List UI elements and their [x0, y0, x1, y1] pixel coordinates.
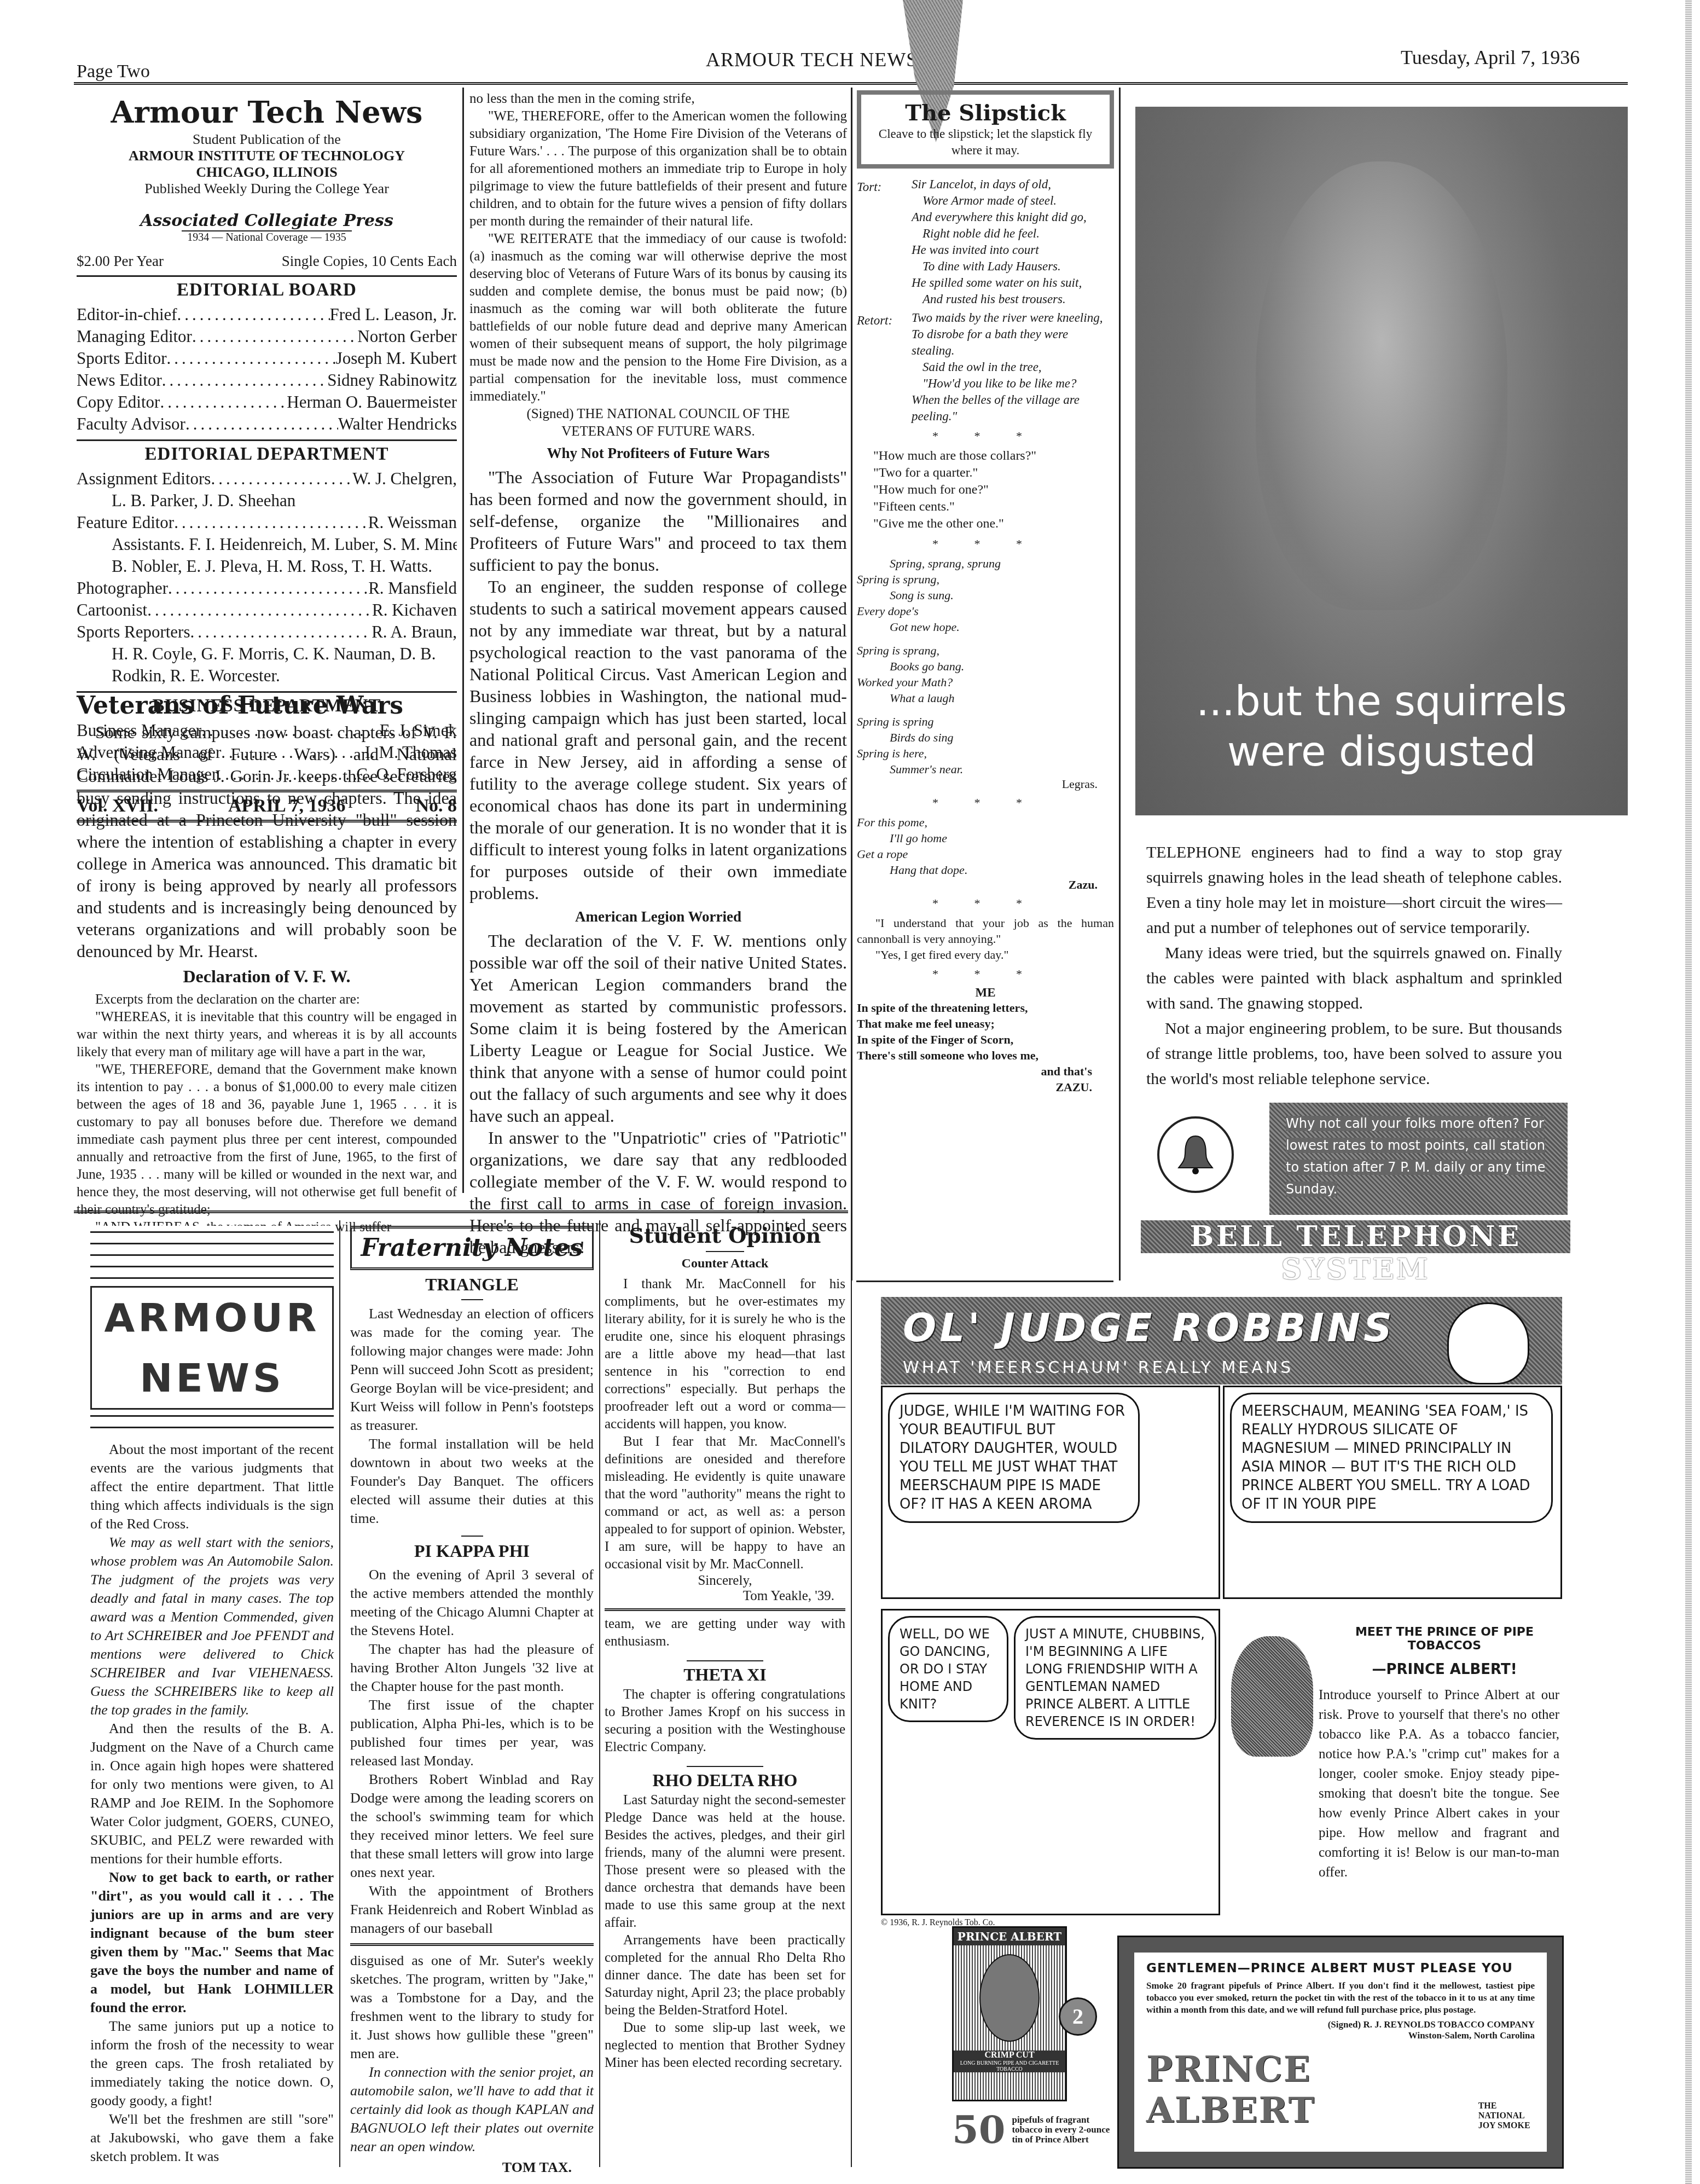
- page-label: Page Two: [77, 61, 150, 82]
- declaration-intro: Excerpts from the declaration on the cha…: [77, 991, 457, 1009]
- arch-continued: In connection with the senior projet, an…: [350, 2063, 594, 2156]
- pome-author: Zazu.: [857, 878, 1114, 892]
- me-poem-title: ME: [857, 986, 1114, 1000]
- triangle-heading: TRIANGLE: [350, 1275, 594, 1295]
- editorial-continued: no less than the men in the coming strif…: [469, 90, 847, 1258]
- subhead-profiteers: Why Not Profiteers of Future Wars: [469, 445, 847, 462]
- arch-paragraph: Now to get back to earth, or rather "dir…: [90, 1868, 334, 2017]
- editorial-board-list: Editor-in-chiefFred L. Leason, Jr. Manag…: [77, 304, 457, 435]
- spring-author: Legras.: [857, 777, 1114, 791]
- theta-xi-heading: THETA XI: [605, 1665, 845, 1685]
- comic-panel-1: JUDGE, WHILE I'M WAITING FOR YOUR BEAUTI…: [881, 1386, 1220, 1599]
- fraternity-paragraph: The chapter is offering congratulations …: [605, 1686, 845, 1756]
- editorial-paragraph: "The Association of Future War Propagand…: [469, 466, 847, 576]
- column-divider: [851, 88, 852, 1281]
- tagline: THE NATIONAL JOY SMOKE: [1478, 2101, 1535, 2131]
- declaration-paragraph: "WHEREAS, it is inevitable that this cou…: [77, 1009, 457, 1061]
- arch-paragraph: About the most important of the recent e…: [90, 1440, 334, 1533]
- bell-body-2: Many ideas were tried, but the squirrels…: [1146, 941, 1562, 1016]
- closing: Sincerely,: [605, 1573, 845, 1589]
- fraternity-paragraph: Due to some slip-up last week, we neglec…: [605, 2019, 845, 2072]
- armour-news-logo: ARMOUR NEWS: [90, 1226, 334, 1428]
- running-date: Tuesday, April 7, 1936: [1401, 46, 1580, 69]
- separator-stars: * * *: [857, 896, 1114, 911]
- subhead-legion: American Legion Worried: [469, 908, 847, 925]
- declaration-heading: Declaration of V. F. W.: [77, 966, 457, 987]
- bell-system-banner: BELL TELEPHONE SYSTEM: [1141, 1220, 1570, 1253]
- editorial-department-list: Assignment EditorsW. J. Chelgren, L. B. …: [77, 468, 457, 687]
- masthead-line4: Published Weekly During the College Year: [77, 181, 457, 197]
- editorial-paragraph: no less than the men in the coming strif…: [469, 90, 847, 108]
- price-single: Single Copies, 10 Cents Each: [282, 253, 457, 270]
- pi-kappa-phi-heading: PI KAPPA PHI: [350, 1541, 594, 1561]
- spring-poem: Spring, sprang, sprung Spring is sprung,…: [857, 555, 1114, 777]
- acp-title: Associated Collegiate Press: [77, 211, 457, 230]
- arch-paragraph: We'll bet the freshmen are still "sore" …: [90, 2110, 334, 2166]
- prince-albert-logo: PRINCE ALBERT: [1146, 2049, 1473, 2131]
- separator-stars: * * *: [857, 796, 1114, 810]
- bell-body-1: TELEPHONE engineers had to find a way to…: [1146, 840, 1562, 941]
- separator-stars: * * *: [857, 967, 1114, 981]
- cannonball-punchline: "Yes, I get fired every day.": [857, 947, 1114, 963]
- comic-panel-2: MEERSCHAUM, MEANING 'SEA FOAM,' IS REALL…: [1223, 1386, 1562, 1599]
- fraternity-paragraph: Last Wednesday an election of officers w…: [350, 1305, 594, 1435]
- price-per-year: $2.00 Per Year: [77, 253, 164, 270]
- fraternity-notes: Fraternity Notes TRIANGLE Last Wednesday…: [350, 1226, 594, 2176]
- running-paper-name: ARMOUR TECH NEWS: [706, 48, 918, 71]
- fraternity-paragraph: Last Saturday night the second-semester …: [605, 1792, 845, 1932]
- fraternity-title-box: Fraternity Notes: [350, 1226, 594, 1270]
- editorial-board-title: EDITORIAL BOARD: [77, 280, 457, 300]
- bell-body-3: Not a major engineering problem, to be s…: [1146, 1016, 1562, 1092]
- masthead-line3: CHICAGO, ILLINOIS: [77, 164, 457, 181]
- editorial-paragraph: The declaration of the V. F. W. mentions…: [469, 930, 847, 1127]
- fraternity-paragraph: Brothers Robert Winblad and Ray Dodge we…: [350, 1770, 594, 1882]
- acp-logo: Associated Collegiate Press 1934 — Natio…: [77, 211, 457, 244]
- editorial-paragraph: To an engineer, the sudden response of c…: [469, 576, 847, 904]
- arch-signature: TOM TAX.: [350, 2159, 594, 2176]
- pome: For this pome,I'll go home Get a ropeHan…: [857, 814, 1114, 878]
- meet-prince-body: Introduce yourself to Prince Albert at o…: [1231, 1685, 1559, 1882]
- column-divider: [339, 1220, 340, 2167]
- prince-albert-ad[interactable]: OL' JUDGE ROBBINS WHAT 'MEERSCHAUM' REAL…: [881, 1297, 1647, 2173]
- slipstick-header-box: The Slipstick Cleave to the slipstick; l…: [857, 90, 1114, 169]
- slipstick-column: The Slipstick Cleave to the slipstick; l…: [857, 90, 1114, 1095]
- arch-continued: disguised as one of Mr. Suter's weekly s…: [350, 1951, 594, 2063]
- section-rule: [856, 1281, 1113, 1282]
- arch-paragraph: And then the results of the B. A. Judgme…: [90, 1719, 334, 1868]
- fraternity-continued: team, we are getting under way with enth…: [605, 1615, 845, 1650]
- comic-panel-3: WELL, DO WE GO DANCING, OR DO I STAY HOM…: [881, 1609, 1220, 1915]
- tort-poem: Sir Lancelot, in days of old,Wore Armor …: [912, 176, 1114, 308]
- masthead-title: Armour Tech News: [77, 93, 457, 131]
- collars-joke: "How much are those collars?""Two for a …: [857, 448, 1114, 532]
- declaration-paragraph: "WE, THEREFORE, demand that the Governme…: [77, 1061, 457, 1219]
- acp-years: 1934 — National Coverage — 1935: [182, 230, 352, 244]
- fraternity-paragraph: The formal installation will be held dow…: [350, 1435, 594, 1528]
- masthead-line1: Student Publication of the: [77, 131, 457, 148]
- editorial-paragraph: Some sixty campuses now boast chapters o…: [77, 721, 457, 962]
- separator-stars: * * *: [857, 537, 1114, 551]
- student-opinion-title: Student Opinion: [605, 1223, 845, 1248]
- offer-box: GENTLEMEN—PRINCE ALBERT MUST PLEASE YOU …: [1119, 1937, 1562, 2167]
- fraternity-paragraph: With the appointment of Brothers Frank H…: [350, 1882, 594, 1938]
- arch-paragraph: We may as well start with the seniors, w…: [90, 1533, 334, 1719]
- signature: Tom Yeakle, '39.: [605, 1589, 845, 1604]
- me-poem: In spite of the threatening letters,That…: [857, 1000, 1114, 1095]
- comic-title-banner: OL' JUDGE ROBBINS WHAT 'MEERSCHAUM' REAL…: [881, 1297, 1562, 1384]
- armour-news-column: ARMOUR NEWS About the most important of …: [90, 1226, 334, 2166]
- arch-paragraph: The same juniors put up a notice to info…: [90, 2017, 334, 2110]
- cannonball-joke: "I understand that your job as the human…: [857, 915, 1114, 947]
- opinion-paragraph: I thank Mr. MacConnell for his complimen…: [605, 1276, 845, 1433]
- signed-council: (Signed) THE NATIONAL COUNCIL OF THE VET…: [469, 405, 847, 441]
- fifty-pipefuls: 50 pipefuls of fragrant tobacco in every…: [952, 2107, 1116, 2152]
- separator-stars: * * *: [857, 429, 1114, 443]
- prince-albert-tin: PRINCE ALBERT CRIMP CUT LONG BURNING PIP…: [952, 1926, 1067, 2101]
- retort-label: Retort:: [857, 310, 912, 425]
- student-opinion: Student Opinion Counter Attack I thank M…: [605, 1223, 845, 2072]
- rho-delta-rho-heading: RHO DELTA RHO: [605, 1770, 845, 1791]
- editorial-article: Veterans of Future Wars Some sixty campu…: [77, 691, 457, 1236]
- bell-callout: Why not call your folks more often? For …: [1269, 1103, 1568, 1215]
- tin-ounce-badge: 2: [1059, 1997, 1097, 2036]
- scan-edge: [1685, 0, 1692, 2184]
- opinion-paragraph: But I fear that Mr. MacConnell's definit…: [605, 1433, 845, 1573]
- fraternity-paragraph: The first issue of the chapter publicati…: [350, 1696, 594, 1770]
- header-rule: [74, 82, 1628, 85]
- slipstick-motto: Cleave to the slipstick; let the slapsti…: [869, 126, 1102, 159]
- column-divider: [599, 1220, 600, 2167]
- fraternity-paragraph: On the evening of April 3 several of the…: [350, 1566, 594, 1640]
- column-divider: [1119, 88, 1121, 1281]
- editorial-paragraph: "WE, THEREFORE, offer to the American wo…: [469, 108, 847, 230]
- retort-poem: Two maids by the river were kneeling,To …: [912, 310, 1114, 425]
- slipstick-title: The Slipstick: [869, 100, 1102, 126]
- squirrel-photo: ...but the squirrels were disgusted: [1135, 107, 1628, 815]
- section-rule: [74, 1210, 848, 1213]
- editorial-headline: Veterans of Future Wars: [77, 691, 457, 721]
- editorial-department-title: EDITORIAL DEPARTMENT: [77, 444, 457, 465]
- ad-headline: ...but the squirrels were disgusted: [1135, 676, 1628, 777]
- masthead-line2: ARMOUR INSTITUTE OF TECHNOLOGY: [77, 148, 457, 164]
- bell-seal-icon: [1157, 1116, 1234, 1193]
- meet-prince-heading: MEET THE PRINCE OF PIPE TOBACCOS —PRINCE…: [1330, 1625, 1559, 1678]
- counter-attack-subhead: Counter Attack: [605, 1256, 845, 1271]
- squirrel-silhouette: [1256, 161, 1507, 610]
- fraternity-paragraph: Arrangements have been practically compl…: [605, 1932, 845, 2019]
- bell-telephone-ad[interactable]: ...but the squirrels were disgusted TELE…: [1135, 107, 1628, 1256]
- tort-label: Tort:: [857, 176, 912, 308]
- column-divider: [462, 88, 464, 1193]
- editorial-paragraph: "WE REITERATE that the immediacy of our …: [469, 230, 847, 405]
- column-divider: [851, 1220, 852, 2167]
- fraternity-paragraph: The chapter has had the pleasure of havi…: [350, 1640, 594, 1696]
- judge-portrait: [1447, 1302, 1529, 1384]
